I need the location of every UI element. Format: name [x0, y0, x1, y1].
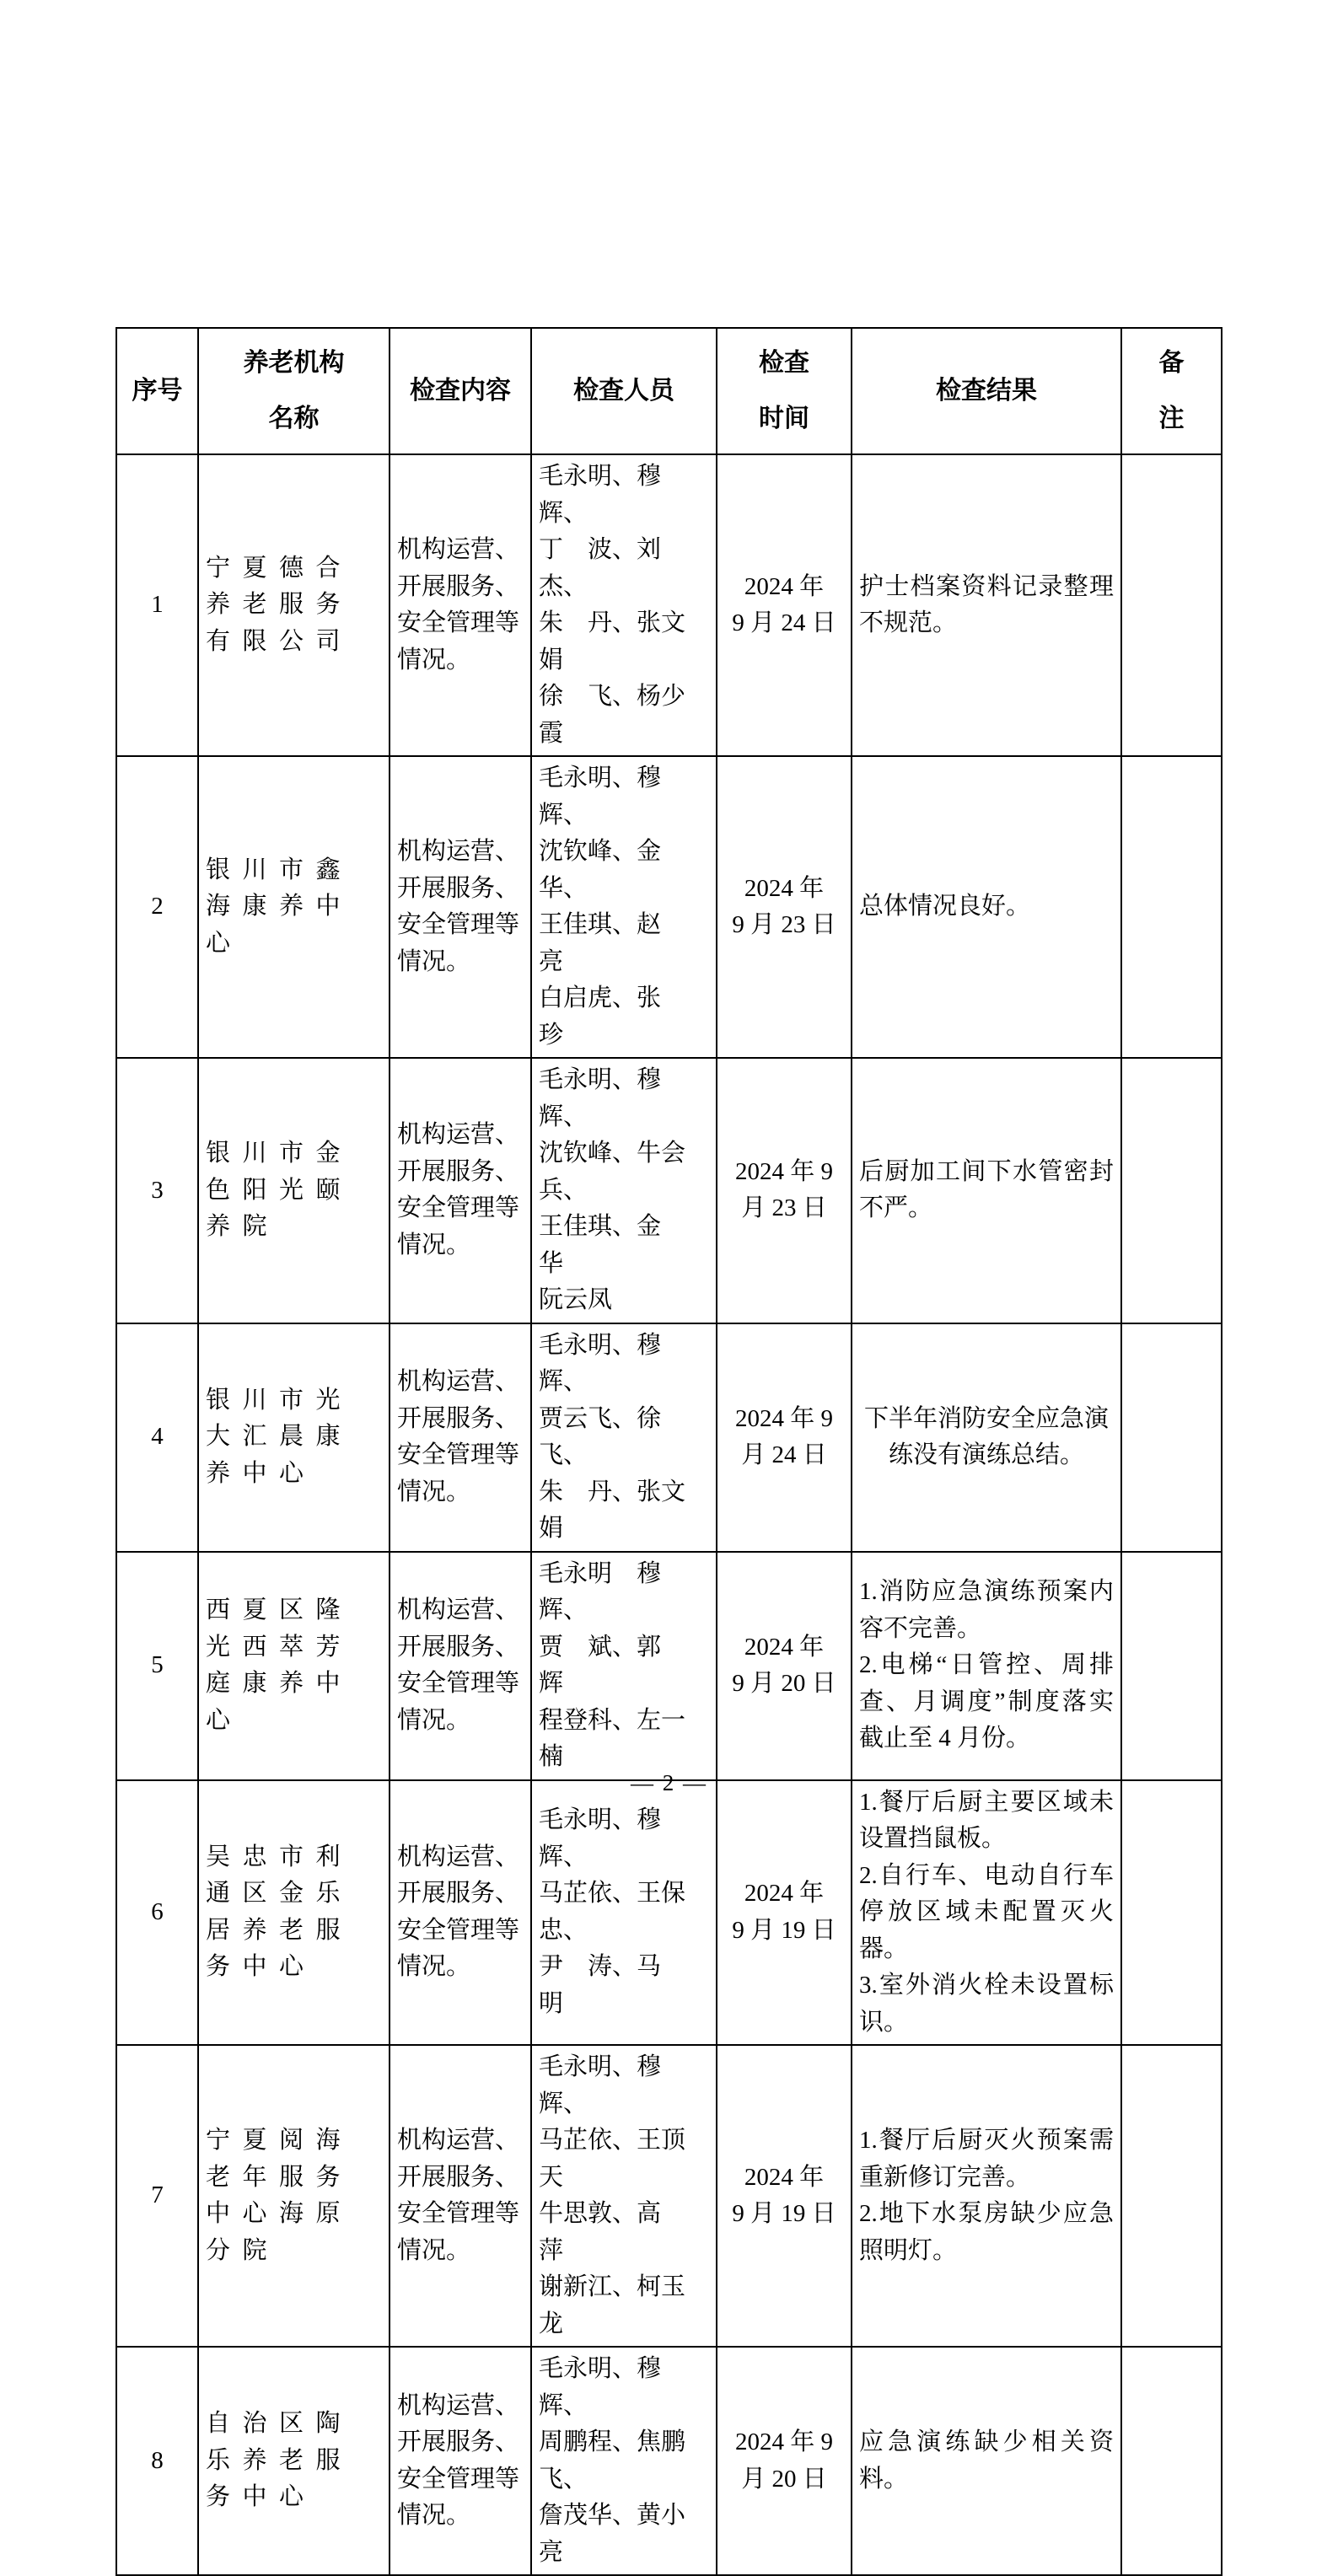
cell-institution-name: 银川市金 色阳光颐 养院 — [198, 1058, 390, 1323]
header-inspectors: 检查人员 — [531, 328, 717, 454]
cell-inspection-date: 2024 年 9 月 19 日 — [717, 1780, 852, 2046]
header-institution-name: 养老机构 名称 — [198, 328, 390, 454]
cell-remark — [1121, 2045, 1222, 2347]
cell-inspection-result: 1.消防应急演练预案内容不完善。 2.电梯“日管控、周排查、月调度”制度落实截止… — [852, 1552, 1121, 1780]
cell-inspection-date: 2024 年 9 月 24 日 — [717, 1323, 852, 1552]
cell-serial-number: 4 — [116, 1323, 198, 1552]
table-row: 8 自治区陶 乐养老服 务中心 机构运营、开展服务、安全管理等情况。 毛永明、穆… — [116, 2347, 1222, 2575]
cell-institution-name: 吴忠市利 通区金乐 居养老服 务中心 — [198, 1780, 390, 2046]
cell-inspection-content: 机构运营、开展服务、安全管理等情况。 — [390, 1780, 531, 2046]
cell-institution-name: 银川市光 大汇晨康 养中心 — [198, 1323, 390, 1552]
cell-remark — [1121, 454, 1222, 756]
cell-inspection-date: 2024 年 9 月 20 日 — [717, 2347, 852, 2575]
cell-remark — [1121, 1552, 1222, 1780]
page-number: — 2 — — [0, 1770, 1338, 1796]
cell-institution-name: 自治区陶 乐养老服 务中心 — [198, 2347, 390, 2575]
cell-inspectors: 毛永明、穆 辉、 沈钦峰、牛会兵、 王佳琪、金 华 阮云凤 — [531, 1058, 717, 1323]
cell-inspectors: 毛永明、穆 辉、 丁 波、刘 杰、 朱 丹、张文娟 徐 飞、杨少霞 — [531, 454, 717, 756]
cell-inspection-content: 机构运营、开展服务、安全管理等情况。 — [390, 1058, 531, 1323]
cell-inspectors: 毛永明、穆 辉、 沈钦峰、金 华、 王佳琪、赵 亮 白启虎、张 珍 — [531, 756, 717, 1058]
cell-serial-number: 6 — [116, 1780, 198, 2046]
cell-inspection-result: 后厨加工间下水管密封不严。 — [852, 1058, 1121, 1323]
cell-inspection-result: 护士档案资料记录整理不规范。 — [852, 454, 1121, 756]
cell-inspection-date: 2024 年 9 月 23 日 — [717, 756, 852, 1058]
cell-serial-number: 2 — [116, 756, 198, 1058]
cell-institution-name: 宁夏阅海 老年服务 中心海原 分院 — [198, 2045, 390, 2347]
cell-serial-number: 1 — [116, 454, 198, 756]
cell-serial-number: 3 — [116, 1058, 198, 1323]
header-inspection-date: 检查 时间 — [717, 328, 852, 454]
table-row: 2 银川市鑫 海康养中 心 机构运营、开展服务、安全管理等情况。 毛永明、穆 辉… — [116, 756, 1222, 1058]
cell-inspection-content: 机构运营、开展服务、安全管理等情况。 — [390, 1552, 531, 1780]
cell-institution-name: 西夏区隆 光西萃芳 庭康养中 心 — [198, 1552, 390, 1780]
cell-inspection-date: 2024 年 9 月 24 日 — [717, 454, 852, 756]
inspection-table-container: 序号 养老机构 名称 检查内容 检查人员 检查 时间 检查结果 备 注 1 宁夏… — [116, 327, 1222, 2576]
cell-institution-name: 宁夏德合 养老服务 有限公司 — [198, 454, 390, 756]
cell-inspection-content: 机构运营、开展服务、安全管理等情况。 — [390, 2347, 531, 2575]
cell-inspectors: 毛永明、穆 辉、 马芷依、王保忠、 尹 涛、马 明 — [531, 1780, 717, 2046]
cell-remark — [1121, 1780, 1222, 2046]
cell-remark — [1121, 756, 1222, 1058]
document-page: { "page": { "number_label": "— 2 —" }, "… — [0, 0, 1338, 1892]
cell-inspection-content: 机构运营、开展服务、安全管理等情况。 — [390, 756, 531, 1058]
cell-inspection-date: 2024 年 9 月 20 日 — [717, 1552, 852, 1780]
cell-inspectors: 毛永明、穆 辉、 马芷依、王顶天 牛思敦、高 萍 谢新江、柯玉龙 — [531, 2045, 717, 2347]
table-row: 3 银川市金 色阳光颐 养院 机构运营、开展服务、安全管理等情况。 毛永明、穆 … — [116, 1058, 1222, 1323]
cell-inspection-result: 1.餐厅后厨灭火预案需重新修订完善。 2.地下水泵房缺少应急照明灯。 — [852, 2045, 1121, 2347]
cell-inspection-result: 应急演练缺少相关资料。 — [852, 2347, 1121, 2575]
cell-inspectors: 毛永明、穆 辉、 周鹏程、焦鹏飞、 詹茂华、黄小亮 — [531, 2347, 717, 2575]
cell-inspection-content: 机构运营、开展服务、安全管理等情况。 — [390, 1323, 531, 1552]
table-row: 5 西夏区隆 光西萃芳 庭康养中 心 机构运营、开展服务、安全管理等情况。 毛永… — [116, 1552, 1222, 1780]
cell-remark — [1121, 1058, 1222, 1323]
table-row: 6 吴忠市利 通区金乐 居养老服 务中心 机构运营、开展服务、安全管理等情况。 … — [116, 1780, 1222, 2046]
cell-remark — [1121, 1323, 1222, 1552]
table-row: 7 宁夏阅海 老年服务 中心海原 分院 机构运营、开展服务、安全管理等情况。 毛… — [116, 2045, 1222, 2347]
header-remark: 备 注 — [1121, 328, 1222, 454]
cell-inspection-result: 下半年消防安全应急演练没有演练总结。 — [852, 1323, 1121, 1552]
header-row: 序号 养老机构 名称 检查内容 检查人员 检查 时间 检查结果 备 注 — [116, 328, 1222, 454]
cell-serial-number: 8 — [116, 2347, 198, 2575]
cell-inspection-content: 机构运营、开展服务、安全管理等情况。 — [390, 2045, 531, 2347]
inspection-table: 序号 养老机构 名称 检查内容 检查人员 检查 时间 检查结果 备 注 1 宁夏… — [116, 327, 1222, 2576]
cell-institution-name: 银川市鑫 海康养中 心 — [198, 756, 390, 1058]
cell-inspection-result: 总体情况良好。 — [852, 756, 1121, 1058]
cell-inspection-date: 2024 年 9 月 23 日 — [717, 1058, 852, 1323]
header-inspection-result: 检查结果 — [852, 328, 1121, 454]
cell-serial-number: 7 — [116, 2045, 198, 2347]
table-row: 4 银川市光 大汇晨康 养中心 机构运营、开展服务、安全管理等情况。 毛永明、穆… — [116, 1323, 1222, 1552]
header-serial-number: 序号 — [116, 328, 198, 454]
cell-inspection-result: 1.餐厅后厨主要区域未设置挡鼠板。 2.自行车、电动自行车停放区域未配置灭火器。… — [852, 1780, 1121, 2046]
table-row: 1 宁夏德合 养老服务 有限公司 机构运营、开展服务、安全管理等情况。 毛永明、… — [116, 454, 1222, 756]
cell-serial-number: 5 — [116, 1552, 198, 1780]
header-inspection-content: 检查内容 — [390, 328, 531, 454]
cell-remark — [1121, 2347, 1222, 2575]
cell-inspectors: 毛永明、穆 辉、 贾云飞、徐 飞、 朱 丹、张文娟 — [531, 1323, 717, 1552]
cell-inspectors: 毛永明 穆 辉、 贾 斌、郭 辉 程登科、左一楠 — [531, 1552, 717, 1780]
cell-inspection-content: 机构运营、开展服务、安全管理等情况。 — [390, 454, 531, 756]
cell-inspection-date: 2024 年 9 月 19 日 — [717, 2045, 852, 2347]
